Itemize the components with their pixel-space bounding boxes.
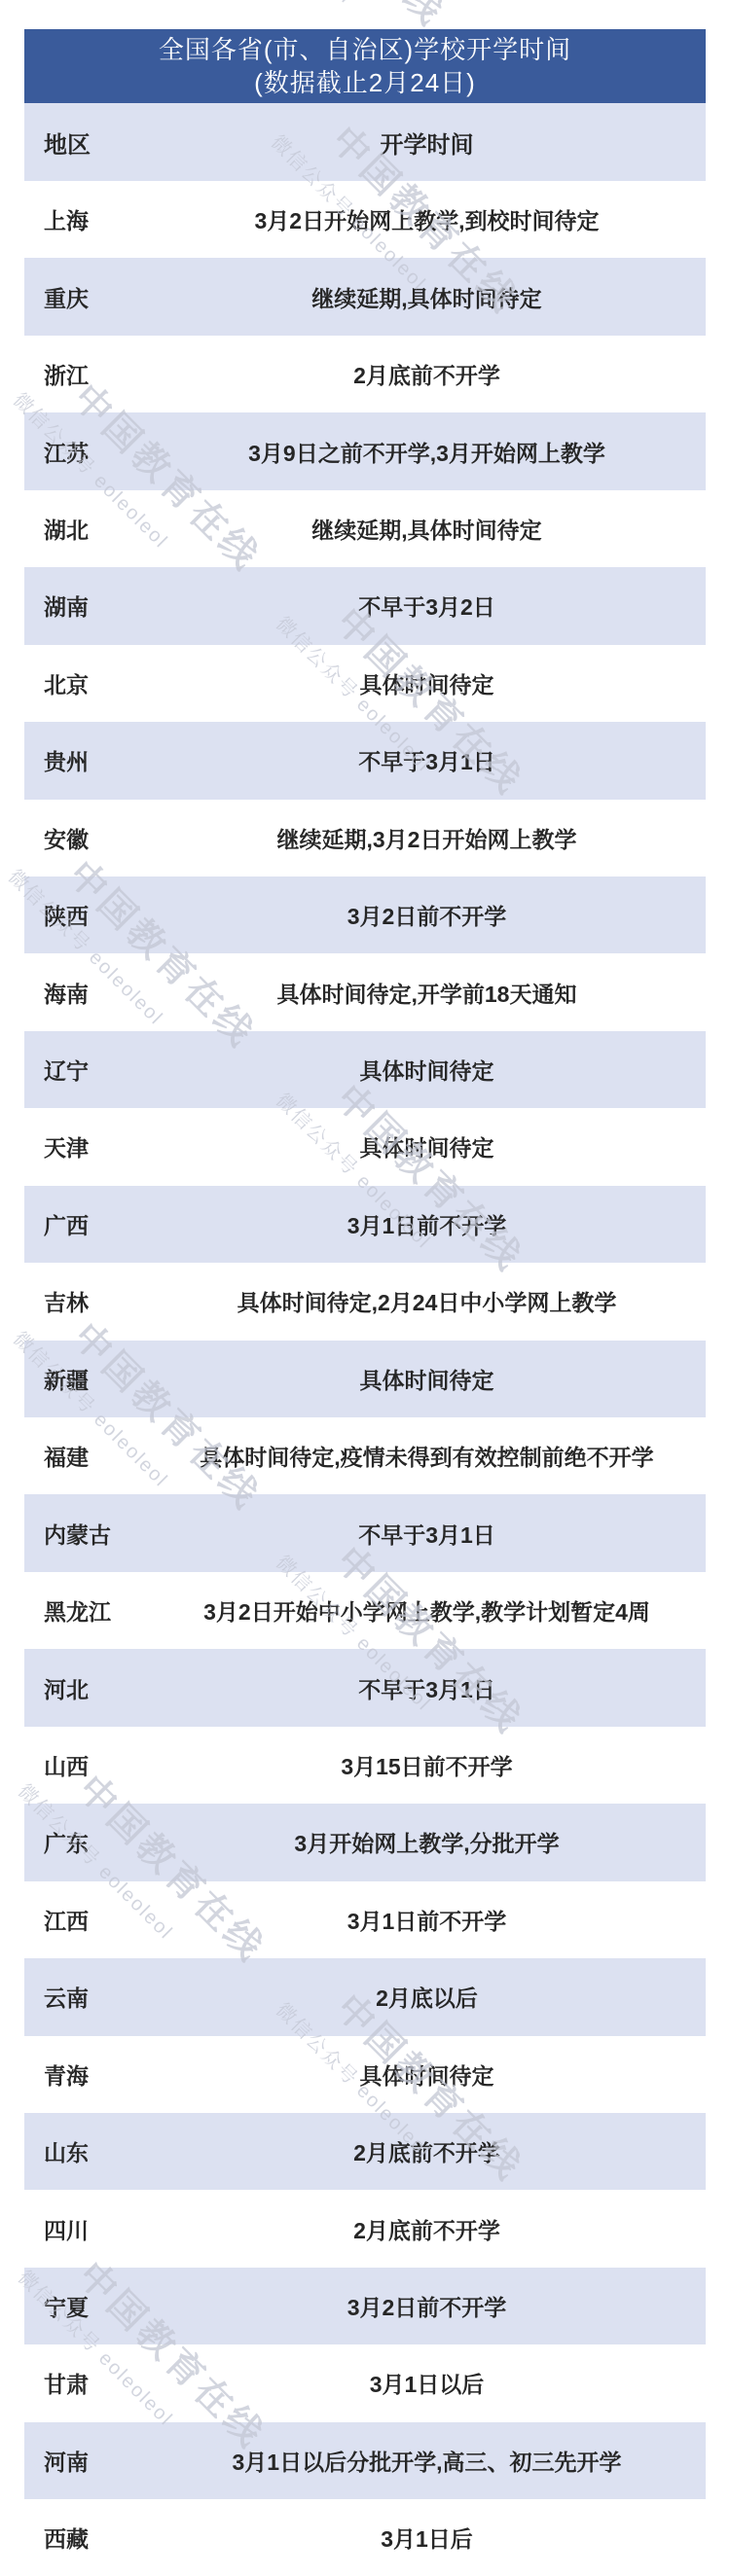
region-cell: 河南: [24, 2445, 156, 2477]
table-title-line1: 全国各省(市、自治区)学校开学时间: [159, 33, 571, 66]
region-cell: 浙江: [24, 358, 156, 390]
region-cell: 吉林: [24, 1285, 156, 1317]
region-cell: 黑龙江: [24, 1594, 156, 1627]
region-cell: 西藏: [24, 2522, 156, 2554]
time-cell: 继续延期,具体时间待定: [156, 281, 706, 313]
region-cell: 山东: [24, 2135, 156, 2167]
time-cell: 不早于3月1日: [156, 1518, 706, 1550]
region-cell: 山西: [24, 1749, 156, 1781]
time-cell: 3月1日以后: [156, 2367, 706, 2399]
region-cell: 安徽: [24, 822, 156, 854]
region-cell: 云南: [24, 1981, 156, 2013]
table-row: 宁夏 3月2日前不开学: [24, 2268, 706, 2344]
time-cell: 3月2日开始网上教学,到校时间待定: [156, 203, 706, 235]
table-row: 湖南 不早于3月2日: [24, 567, 706, 644]
region-cell: 贵州: [24, 744, 156, 776]
table-row: 河北 不早于3月1日: [24, 1649, 706, 1726]
table-row: 黑龙江 3月2日开始中小学网上教学,教学计划暂定4周: [24, 1572, 706, 1649]
region-cell: 甘肃: [24, 2367, 156, 2399]
time-cell: 继续延期,3月2日开始网上教学: [156, 822, 706, 854]
table-row: 浙江 2月底前不开学: [24, 336, 706, 412]
time-cell: 不早于3月1日: [156, 1672, 706, 1704]
table-title-line2: (数据截止2月24日): [254, 66, 476, 99]
table-row: 湖北 继续延期,具体时间待定: [24, 490, 706, 567]
table-row: 广东 3月开始网上教学,分批开学: [24, 1804, 706, 1880]
region-cell: 广东: [24, 1826, 156, 1858]
table-row: 甘肃 3月1日以后: [24, 2344, 706, 2421]
table-row: 山西 3月15日前不开学: [24, 1727, 706, 1804]
table-row: 河南 3月1日以后分批开学,高三、初三先开学: [24, 2422, 706, 2499]
table-row: 海南 具体时间待定,开学前18天通知: [24, 953, 706, 1030]
infographic-page: 全国各省(市、自治区)学校开学时间 (数据截止2月24日) 地区 开学时间 上海…: [0, 0, 730, 2576]
region-cell: 江西: [24, 1904, 156, 1936]
time-cell: 3月开始网上教学,分批开学: [156, 1826, 706, 1858]
time-cell: 3月9日之前不开学,3月开始网上教学: [156, 436, 706, 468]
time-cell: 2月底以后: [156, 1981, 706, 2013]
time-cell: 不早于3月1日: [156, 744, 706, 776]
time-cell: 2月底前不开学: [156, 358, 706, 390]
table-row: 北京 具体时间待定: [24, 645, 706, 722]
table-row: 云南 2月底以后: [24, 1958, 706, 2035]
region-cell: 青海: [24, 2058, 156, 2091]
time-cell: 3月1日以后分批开学,高三、初三先开学: [156, 2445, 706, 2477]
time-cell: 具体时间待定: [156, 1363, 706, 1395]
time-cell: 2月底前不开学: [156, 2135, 706, 2167]
time-cell: 2月底前不开学: [156, 2213, 706, 2245]
region-cell: 辽宁: [24, 1054, 156, 1086]
table-row: 西藏 3月1日后: [24, 2499, 706, 2576]
time-cell: 不早于3月2日: [156, 590, 706, 622]
school-opening-table: 全国各省(市、自治区)学校开学时间 (数据截止2月24日) 地区 开学时间 上海…: [24, 29, 706, 2576]
time-cell: 具体时间待定,2月24日中小学网上教学: [156, 1285, 706, 1317]
table-row: 重庆 继续延期,具体时间待定: [24, 258, 706, 335]
table-body: 上海 3月2日开始网上教学,到校时间待定 重庆 继续延期,具体时间待定 浙江 2…: [24, 181, 706, 2576]
table-row: 安徽 继续延期,3月2日开始网上教学: [24, 800, 706, 877]
table-row: 内蒙古 不早于3月1日: [24, 1494, 706, 1571]
table-row: 青海 具体时间待定: [24, 2036, 706, 2113]
time-cell: 具体时间待定: [156, 667, 706, 699]
table-row: 江苏 3月9日之前不开学,3月开始网上教学: [24, 412, 706, 489]
table-row: 天津 具体时间待定: [24, 1108, 706, 1185]
region-cell: 福建: [24, 1440, 156, 1472]
time-cell: 3月1日前不开学: [156, 1904, 706, 1936]
table-row: 福建 具体时间待定,疫情未得到有效控制前绝不开学: [24, 1417, 706, 1494]
time-cell: 3月2日前不开学: [156, 899, 706, 931]
time-cell: 具体时间待定,疫情未得到有效控制前绝不开学: [156, 1440, 706, 1472]
table-row: 辽宁 具体时间待定: [24, 1031, 706, 1108]
header-region: 地区: [24, 125, 156, 160]
region-cell: 江苏: [24, 436, 156, 468]
region-cell: 内蒙古: [24, 1518, 156, 1550]
region-cell: 湖南: [24, 590, 156, 622]
time-cell: 3月2日开始中小学网上教学,教学计划暂定4周: [156, 1594, 706, 1627]
region-cell: 陕西: [24, 899, 156, 931]
time-cell: 继续延期,具体时间待定: [156, 513, 706, 545]
table-row: 吉林 具体时间待定,2月24日中小学网上教学: [24, 1263, 706, 1340]
table-row: 陕西 3月2日前不开学: [24, 877, 706, 953]
region-cell: 天津: [24, 1130, 156, 1163]
time-cell: 具体时间待定: [156, 1054, 706, 1086]
table-row: 四川 2月底前不开学: [24, 2190, 706, 2267]
region-cell: 新疆: [24, 1363, 156, 1395]
time-cell: 具体时间待定: [156, 1130, 706, 1163]
region-cell: 湖北: [24, 513, 156, 545]
region-cell: 四川: [24, 2213, 156, 2245]
table-title: 全国各省(市、自治区)学校开学时间 (数据截止2月24日): [24, 29, 706, 103]
region-cell: 重庆: [24, 281, 156, 313]
time-cell: 3月1日后: [156, 2522, 706, 2554]
time-cell: 3月15日前不开学: [156, 1749, 706, 1781]
time-cell: 具体时间待定,开学前18天通知: [156, 977, 706, 1009]
time-cell: 3月2日前不开学: [156, 2290, 706, 2322]
table-row: 贵州 不早于3月1日: [24, 722, 706, 799]
table-row: 上海 3月2日开始网上教学,到校时间待定: [24, 181, 706, 258]
table-row: 江西 3月1日前不开学: [24, 1881, 706, 1958]
region-cell: 上海: [24, 203, 156, 235]
region-cell: 海南: [24, 977, 156, 1009]
table-header-row: 地区 开学时间: [24, 103, 706, 181]
table-row: 广西 3月1日前不开学: [24, 1186, 706, 1263]
table-row: 山东 2月底前不开学: [24, 2113, 706, 2190]
region-cell: 宁夏: [24, 2290, 156, 2322]
header-time: 开学时间: [156, 125, 706, 160]
region-cell: 河北: [24, 1672, 156, 1704]
region-cell: 广西: [24, 1208, 156, 1240]
time-cell: 3月1日前不开学: [156, 1208, 706, 1240]
table-row: 新疆 具体时间待定: [24, 1341, 706, 1417]
time-cell: 具体时间待定: [156, 2058, 706, 2091]
region-cell: 北京: [24, 667, 156, 699]
